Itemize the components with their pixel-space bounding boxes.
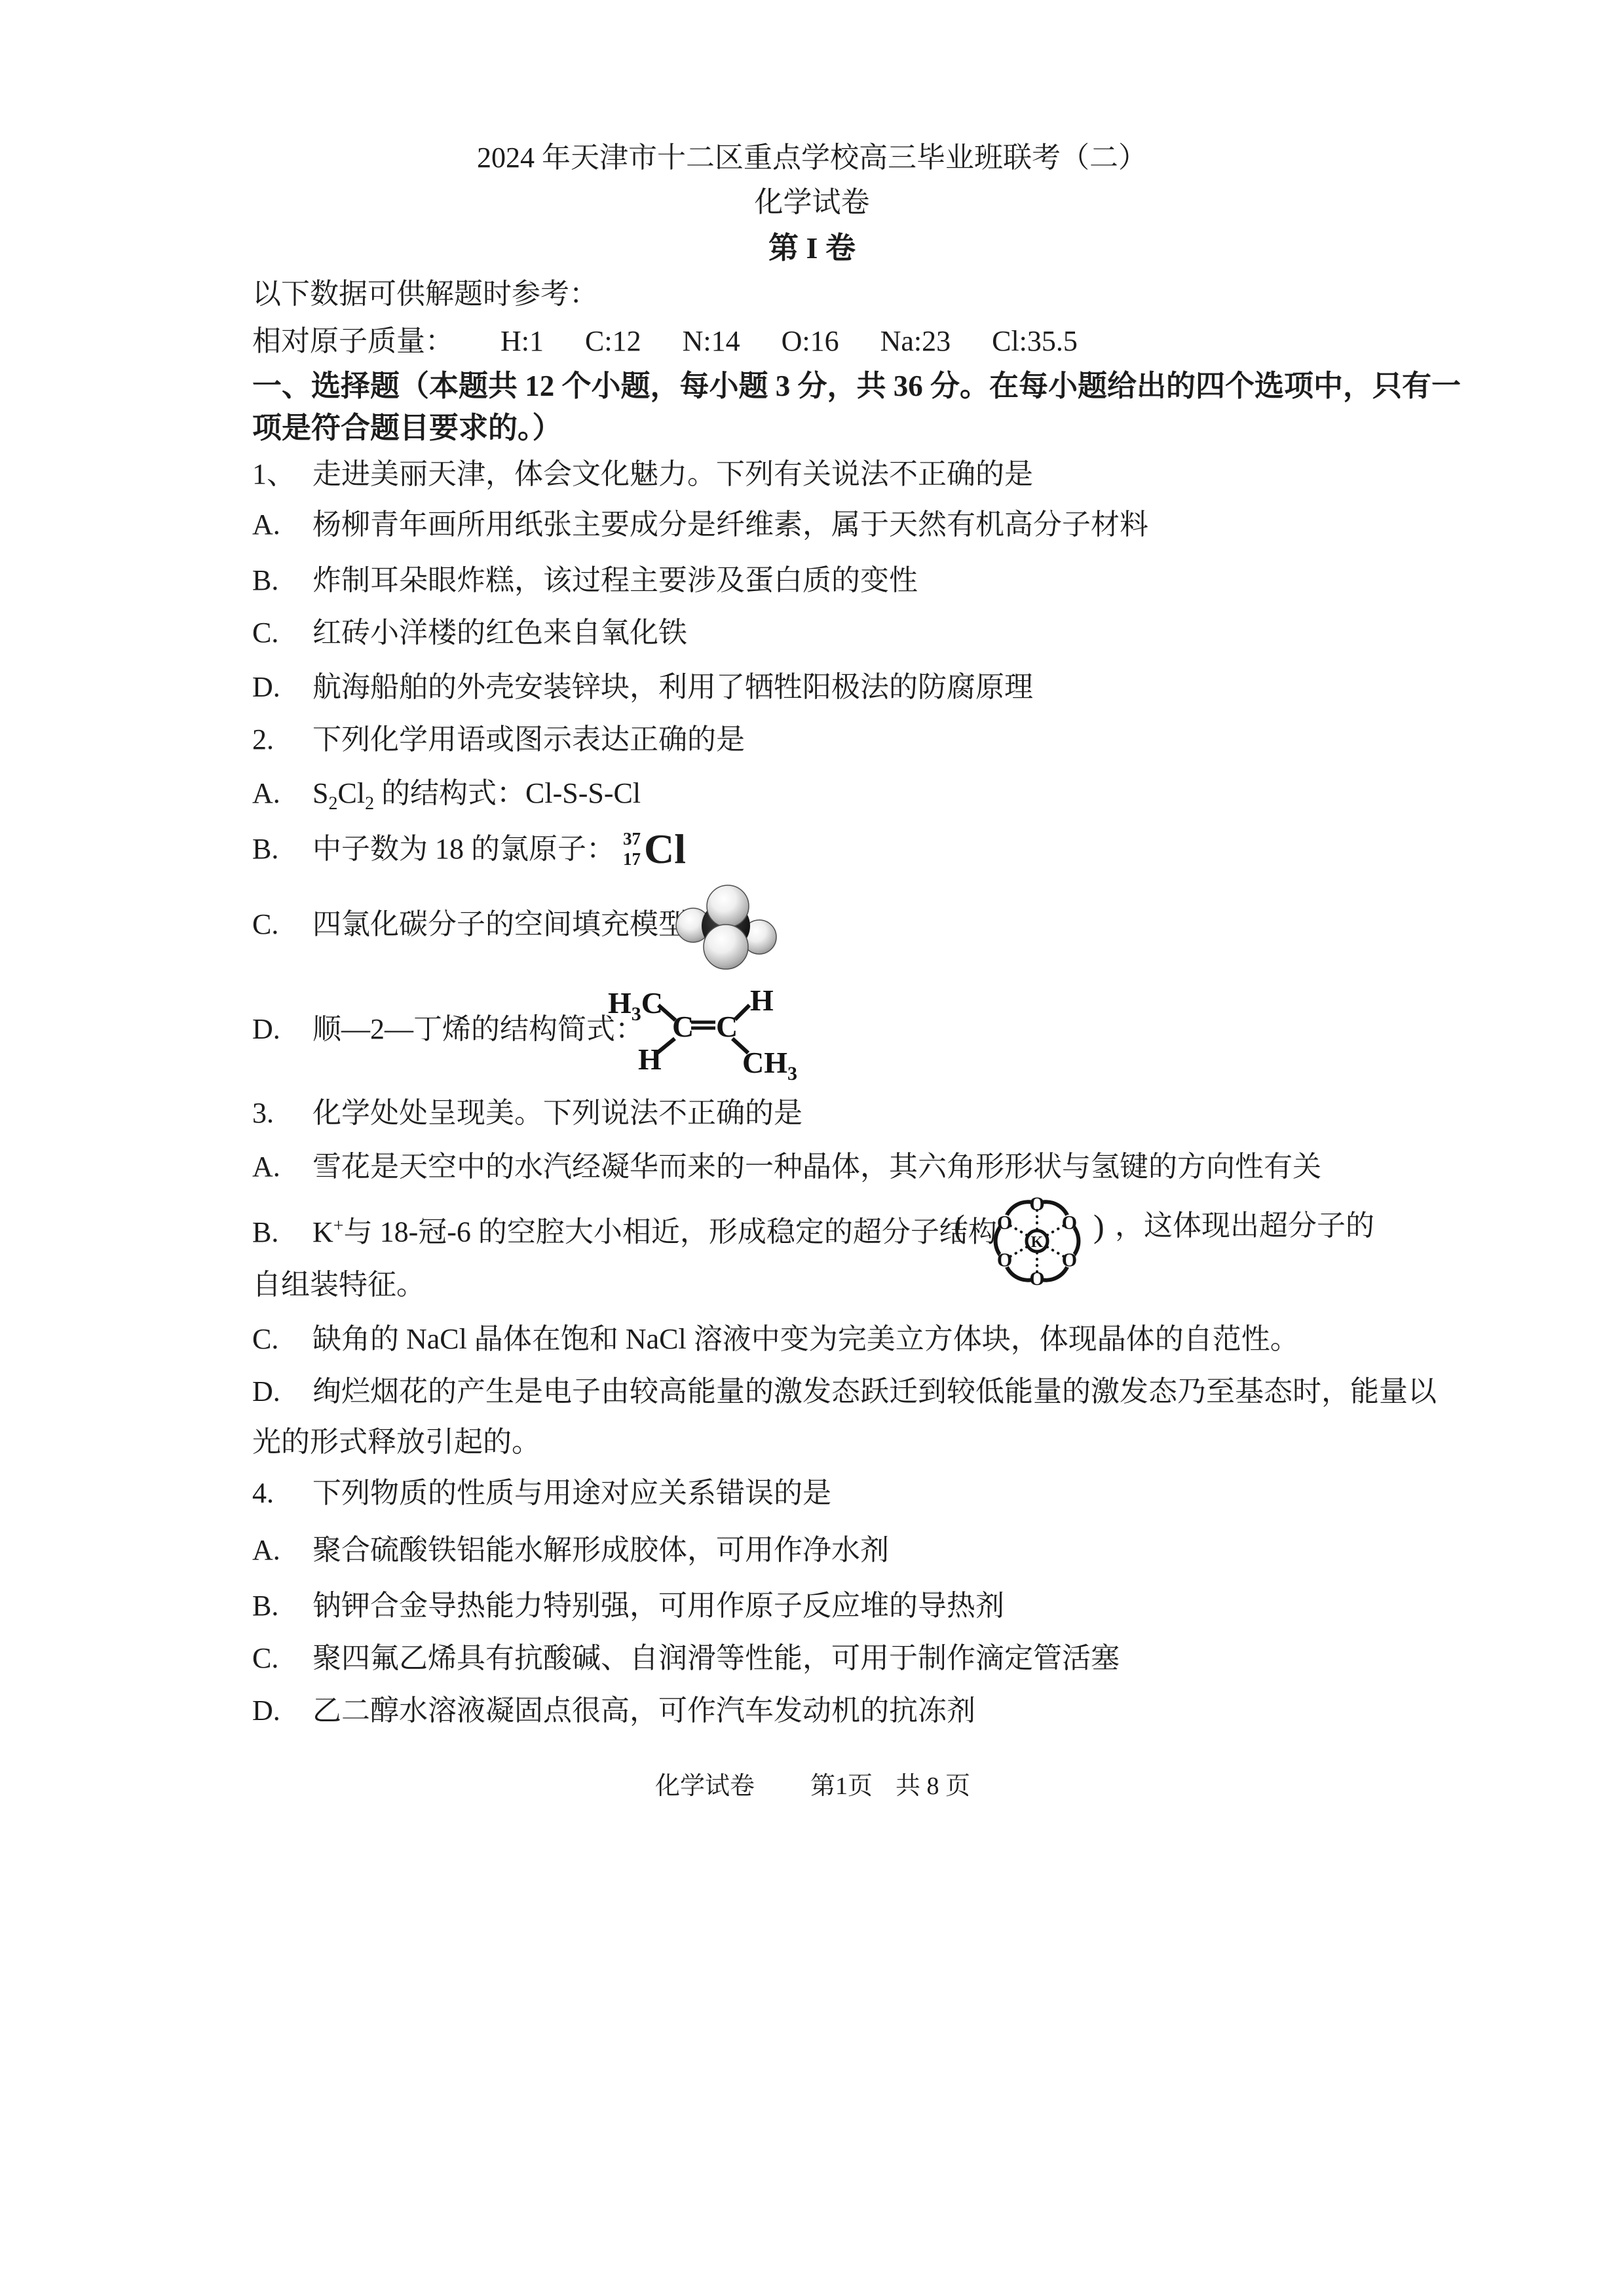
cl-atom-front [704,925,748,969]
oxygen-atom: O [1062,1250,1077,1271]
option-label: A. [252,775,312,812]
question-3-option-d: D.绚烂烟花的产生是电子由较高能量的激发态跃迁到较低能量的激发态乃至基态时，能量… [252,1373,1437,1410]
mass-Na: Na:23 [880,323,951,360]
isotope-symbol: Cl [644,828,686,870]
cl-atom-top [707,885,749,927]
option-text: 的结构式：Cl-S-S-Cl [381,777,641,809]
mass-H: H:1 [500,323,544,360]
option-label: C. [252,615,312,651]
mass-N: N:14 [683,323,740,360]
question-1-number: 1、 [252,456,312,493]
option-text: 聚合硫酸铁铝能水解形成胶体，可用作净水剂 [312,1534,889,1566]
option-text: 杨柳青年画所用纸张主要成分是纤维素，属于天然有机高分子材料 [312,508,1148,541]
question-3-option-a: A.雪花是天空中的水汽经凝华而来的一种晶体，其六角形形状与氢键的方向性有关 [252,1149,1321,1185]
mass-O: O:16 [782,323,839,360]
question-3-option-b: B.K+与 18-冠-6 的空腔大小相近，形成稳定的超分子结构 [252,1208,997,1251]
question-4-option-d: D.乙二醇水溶液凝固点很高，可作汽车发动机的抗冻剂 [252,1693,975,1729]
open-paren: ( [954,1208,965,1244]
question-1-option-a: A.杨柳青年画所用纸张主要成分是纤维素，属于天然有机高分子材料 [252,507,1148,543]
close-paren: ) [1093,1208,1105,1244]
option-label: C. [252,1640,312,1677]
mass-number: 37 [623,829,641,849]
subscript: 2 [328,794,337,814]
question-4-option-c: C.聚四氟乙烯具有抗酸碱、自润滑等性能，可用于制作滴定管活塞 [252,1640,1120,1677]
oxygen-atom: O [1029,1268,1044,1290]
option-label: B. [252,562,312,599]
butene-structural-formula: H3C C C H H CH3 [590,971,799,1086]
ccl4-space-filling-model [673,881,778,972]
footer-page-number: 第1页 [810,1771,873,1801]
mass-Cl: Cl:35.5 [992,323,1078,360]
option-text: 钠钾合金导热能力特别强，可用作原子反应堆的导热剂 [312,1590,1004,1622]
page-title: 2024 年天津市十二区重点学校高三毕业班联考（二） [0,140,1624,176]
question-4-number: 4. [252,1475,312,1512]
option-label: D. [252,1011,312,1048]
option-label: B. [252,1214,312,1251]
c2-label: C [716,1010,738,1043]
element-K: K [312,1216,333,1248]
question-2-number: 2. [252,721,312,758]
reference-note: 以下数据可供解题时参考： [252,276,598,313]
crown-ether-diagram: O O O O O O K [984,1188,1090,1294]
option-label: C. [252,906,312,943]
option-label: A. [252,1532,312,1569]
ch3-right-label: CH3 [742,1046,797,1084]
option-text: 四氯化碳分子的空间填充模型： [312,908,716,940]
isotope-numbers: 37 17 [623,829,641,870]
question-3-option-d-wrap: 光的形式释放引起的。 [252,1424,540,1461]
reference-masses-line: 相对原子质量： H:1 C:12 N:14 O:16 Na:23 Cl:35.5 [252,323,1112,360]
h-right-label: H [750,984,774,1017]
volume-title: 第 I 卷 [0,230,1624,267]
option-text: 中子数为 18 的氯原子： [312,831,615,868]
formula-s2cl2: S2Cl2 [312,777,374,809]
option-text: 缺角的 NaCl 晶体在饱和 NaCl 溶液中变为完美立方体块，体现晶体的自范性… [312,1323,1299,1355]
page-subtitle: 化学试卷 [0,184,1624,221]
question-1-option-c: C.红砖小洋楼的红色来自氧化铁 [252,615,687,651]
oxygen-atom: O [997,1212,1012,1234]
option-label: B. [252,831,312,868]
oxygen-atom: O [1062,1212,1077,1234]
oxygen-atom: O [997,1250,1012,1271]
question-2-option-b: B.中子数为 18 的氯原子： 37 17 Cl [252,823,686,875]
option-text: 聚四氟乙烯具有抗酸碱、自润滑等性能，可用于制作滴定管活塞 [312,1642,1120,1674]
option-label: A. [252,507,312,543]
option-text: 航海船舶的外壳安装锌块，利用了牺牲阳极法的防腐原理 [312,671,1033,703]
question-2-text: 下列化学用语或图示表达正确的是 [312,723,745,756]
section-heading-line2: 项是符合题目要求的。） [252,410,562,446]
question-2-option-d: D.顺—2—丁烯的结构简式： [252,1011,644,1048]
option-label: D. [252,1373,312,1410]
k-ion-label: K [1031,1234,1044,1251]
option-text: 红砖小洋楼的红色来自氧化铁 [312,617,687,649]
question-1-stem: 1、走进美丽天津，体会文化魅力。下列有关说法不正确的是 [252,456,1033,493]
option-label: D. [252,1693,312,1729]
reference-masses-label: 相对原子质量： [252,323,454,360]
option-text: 乙二醇水溶液凝固点很高，可作汽车发动机的抗冻剂 [312,1694,975,1727]
question-3-stem: 3.化学处处呈现美。下列说法不正确的是 [252,1095,803,1132]
option-text: 绚烂烟花的产生是电子由较高能量的激发态跃迁到较低能量的激发态乃至基态时，能量以 [312,1375,1437,1407]
oxygen-atom: O [1029,1193,1044,1215]
c1-label: C [672,1010,694,1043]
question-2-option-c: C.四氯化碳分子的空间填充模型： [252,906,716,943]
question-4-stem: 4.下列物质的性质与用途对应关系错误的是 [252,1475,831,1512]
option-label: A. [252,1149,312,1185]
element-Cl: Cl [337,777,365,809]
option-label: C. [252,1321,312,1358]
exam-paper-page: 2024 年天津市十二区重点学校高三毕业班联考（二） 化学试卷 第 I 卷 以下… [0,0,1624,2296]
question-3-option-b-tail: ，这体现出超分子的 [1115,1208,1374,1244]
mass-C: C:12 [585,323,641,360]
question-3-text: 化学处处呈现美。下列说法不正确的是 [312,1097,803,1129]
footer-page-total: 共 8 页 [896,1771,970,1801]
question-1-text: 走进美丽天津，体会文化魅力。下列有关说法不正确的是 [312,458,1033,490]
k-ion: K+ [312,1216,344,1248]
h-left-label: H [638,1043,662,1076]
question-1-option-d: D.航海船舶的外壳安装锌块，利用了牺牲阳极法的防腐原理 [252,669,1033,706]
option-text: 炸制耳朵眼炸糕，该过程主要涉及蛋白质的变性 [312,564,918,596]
footer-doc-title: 化学试卷 [655,1771,755,1801]
option-label: D. [252,669,312,706]
section-heading-line1: 一、选择题（本题共 12 个小题，每小题 3 分，共 36 分。在每小题给出的四… [252,368,1461,404]
atomic-number: 17 [623,849,641,870]
question-4-text: 下列物质的性质与用途对应关系错误的是 [312,1477,831,1509]
question-2-stem: 2.下列化学用语或图示表达正确的是 [252,721,745,758]
superscript-plus: + [333,1215,344,1236]
question-2-option-a: A.S2Cl2 的结构式：Cl-S-S-Cl [252,775,641,822]
subscript: 2 [365,794,374,814]
option-text: 雪花是天空中的水汽经凝华而来的一种晶体，其六角形形状与氢键的方向性有关 [312,1151,1321,1183]
question-4-option-a: A.聚合硫酸铁铝能水解形成胶体，可用作净水剂 [252,1532,889,1569]
question-3-option-c: C.缺角的 NaCl 晶体在饱和 NaCl 溶液中变为完美立方体块，体现晶体的自… [252,1321,1299,1358]
option-label: B. [252,1588,312,1624]
question-4-option-b: B.钠钾合金导热能力特别强，可用作原子反应堆的导热剂 [252,1588,1004,1624]
question-1-option-b: B.炸制耳朵眼炸糕，该过程主要涉及蛋白质的变性 [252,562,918,599]
element-S: S [312,777,328,809]
ch3-left-label: H3C [608,986,663,1025]
question-3-option-b-wrap: 自组装特征。 [252,1267,425,1303]
question-3-number: 3. [252,1095,312,1132]
option-text: 与 18-冠-6 的空腔大小相近，形成稳定的超分子结构 [344,1216,997,1248]
